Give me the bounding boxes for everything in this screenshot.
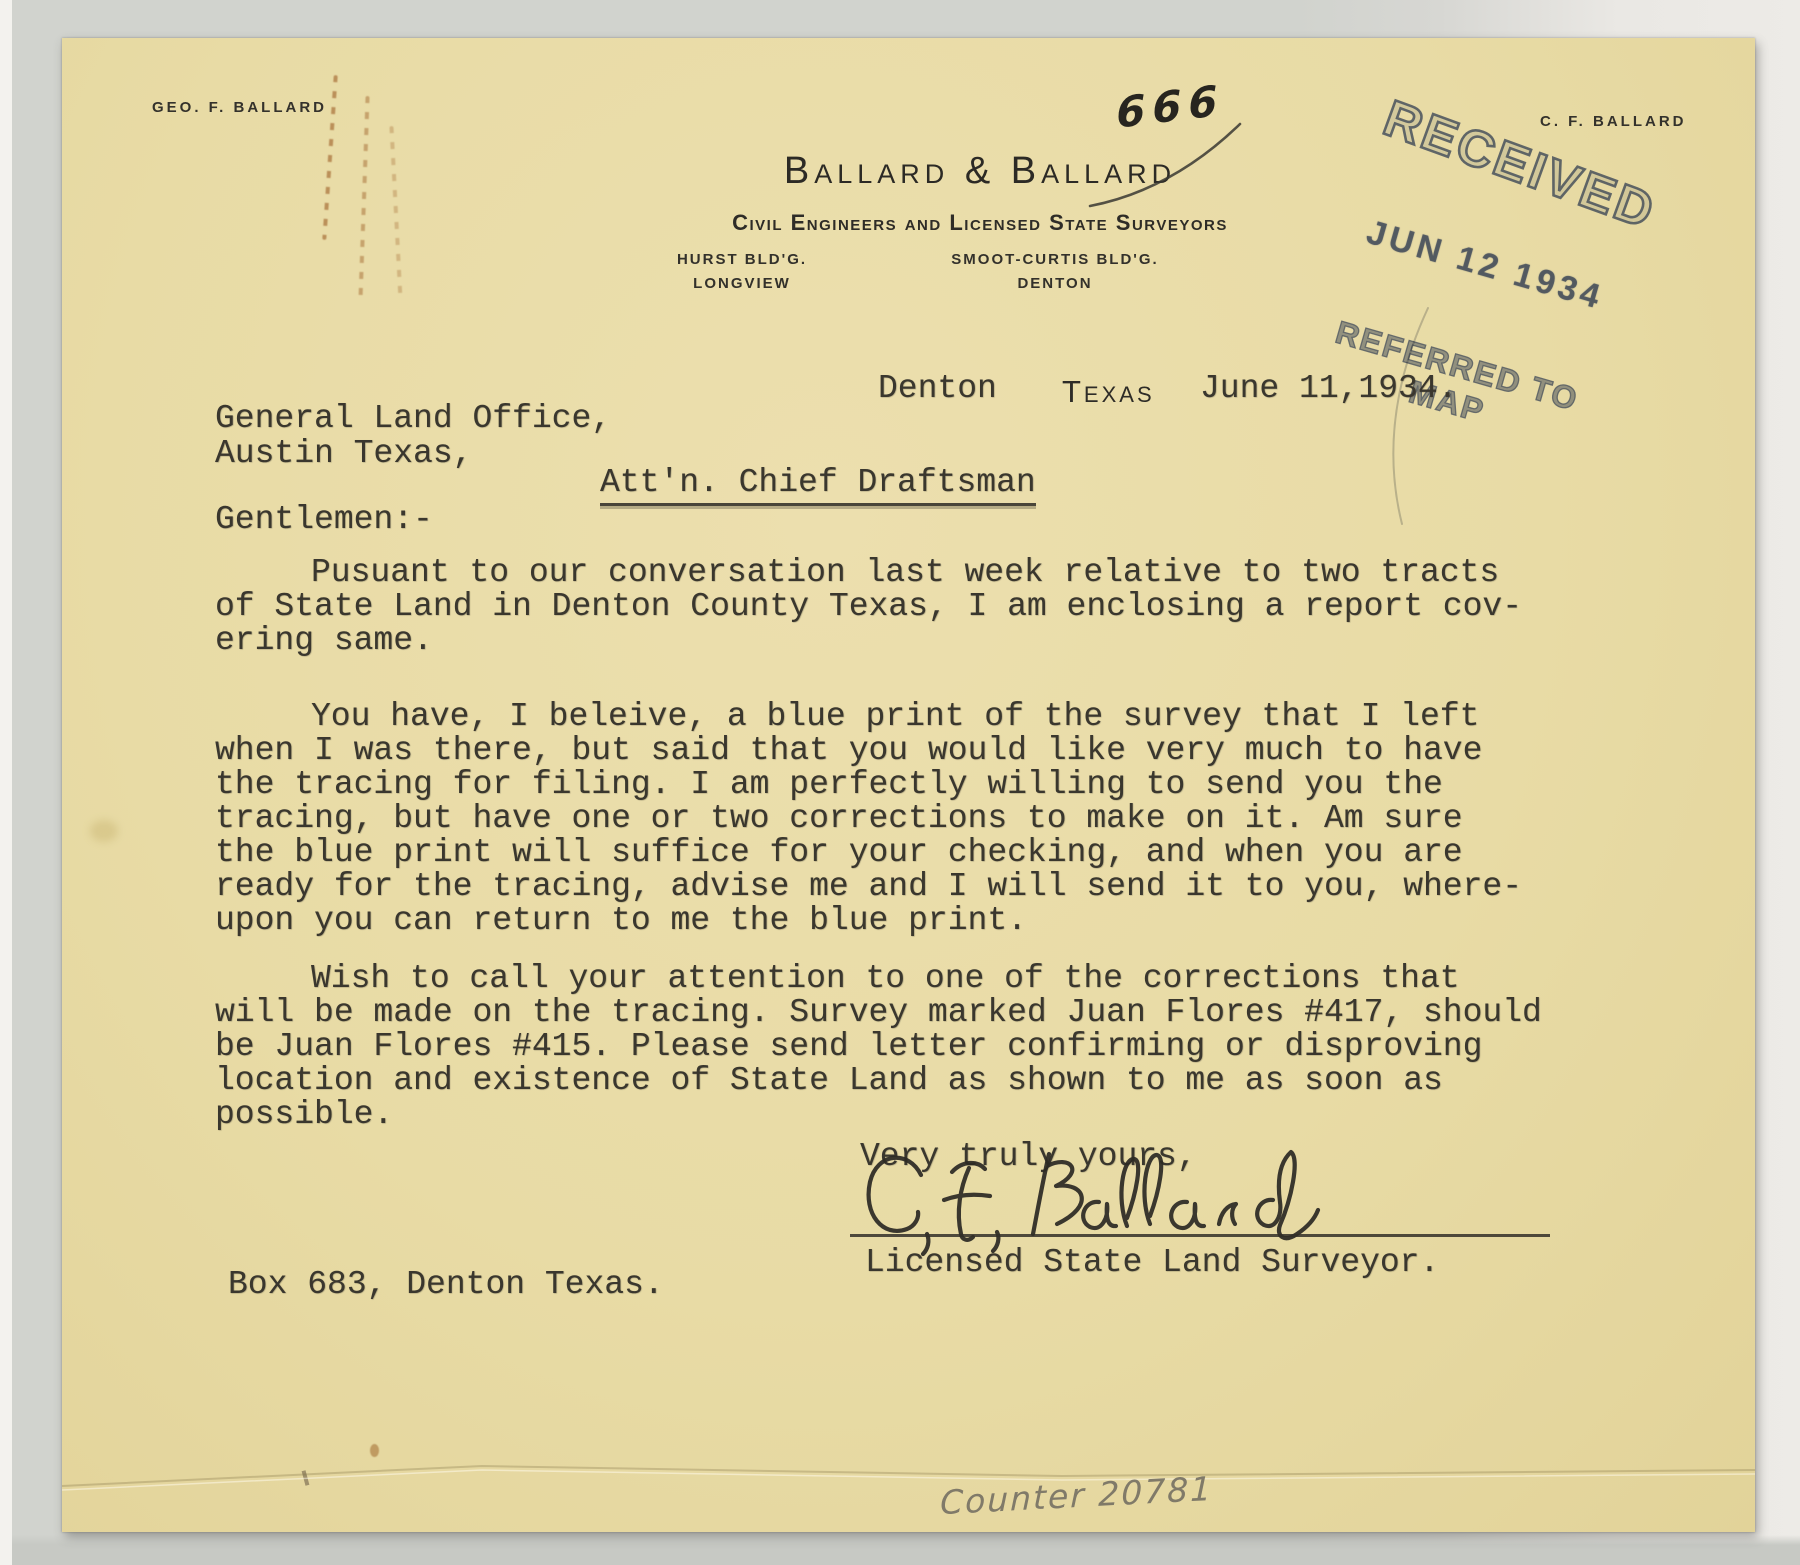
letter-line: be Juan Flores #415. Please send letter …	[215, 1030, 1635, 1064]
signature-underline	[850, 1234, 1550, 1237]
dateline-state-printed: Texas	[1062, 374, 1155, 410]
letter-line: ering same.	[215, 624, 1635, 658]
letter-line: location and existence of State Land as …	[215, 1064, 1635, 1098]
letter-line: the tracing for filing. I am perfectly w…	[215, 768, 1635, 802]
letter-line: Pusuant to our conversation last week re…	[215, 556, 1635, 590]
letter-line: will be made on the tracing. Survey mark…	[215, 996, 1635, 1030]
ink-flourish	[1090, 124, 1240, 206]
letter-paper: GEO. F. BALLARD C. F. BALLARD Ballard & …	[62, 38, 1755, 1532]
letter-line: Wish to call your attention to one of th…	[215, 962, 1635, 996]
letter-line: of State Land in Denton County Texas, I …	[215, 590, 1635, 624]
scanned-letter-photo: GEO. F. BALLARD C. F. BALLARD Ballard & …	[0, 0, 1800, 1565]
letter-line: ready for the tracing, advise me and I w…	[215, 870, 1635, 904]
sender-address: Box 683, Denton Texas.	[228, 1268, 664, 1302]
dateline-date: June 11,1934.	[1200, 372, 1457, 406]
letter-line: possible.	[215, 1098, 1635, 1132]
letter-line: You have, I beleive, a blue print of the…	[215, 700, 1635, 734]
letter-line: tracing, but have one or two corrections…	[215, 802, 1635, 836]
attention-line: Att'n. Chief Draftsman	[600, 466, 1036, 506]
dateline-city: Denton	[878, 372, 997, 406]
letter-line: the blue print will suffice for your che…	[215, 836, 1635, 870]
paragraph-2: You have, I beleive, a blue print of the…	[215, 700, 1635, 938]
recipient-line-2: Austin Texas,	[215, 437, 472, 471]
letter-line: when I was there, but said that you woul…	[215, 734, 1635, 768]
paragraph-1: Pusuant to our conversation last week re…	[215, 556, 1635, 658]
signature-title: Licensed State Land Surveyor.	[865, 1246, 1439, 1280]
paragraph-3: Wish to call your attention to one of th…	[215, 962, 1635, 1132]
letter-line: upon you can return to me the blue print…	[215, 904, 1635, 938]
salutation: Gentlemen:-	[215, 503, 433, 537]
recipient-line-1: General Land Office,	[215, 402, 611, 436]
